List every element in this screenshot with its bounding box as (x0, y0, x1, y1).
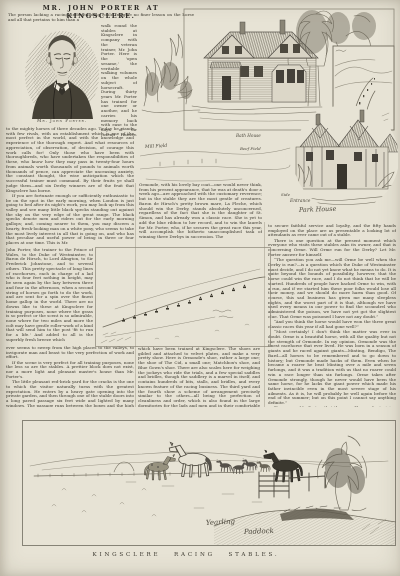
center-column-a: Ormonde, with his lovely bay coat—one wo… (139, 183, 262, 246)
vignette-caption-side: Side (281, 192, 291, 197)
paddock-illustration: Yearling Paddock (22, 420, 396, 546)
left-column-a: to the mighty horses of three decades ag… (6, 127, 134, 246)
paddock-illustration-svg: Yearling Paddock (22, 420, 396, 546)
script-squiggle-labels (213, 310, 233, 318)
portrait-engraving (24, 29, 100, 119)
center-paragraph-2: which have been trained at Kingsclere. T… (138, 347, 260, 407)
left-paragraph-3: If the scene is very perfect for all tra… (6, 361, 134, 380)
paddock-label-paddock: Paddock (243, 527, 274, 536)
circle-vignette (293, 105, 398, 211)
left-paragraph-4: The little pleasant red-brick yard for t… (6, 380, 134, 407)
grey-horse (169, 442, 211, 477)
foreground-hatching (101, 324, 249, 343)
right-paragraph-1: to secure faithful service and loyalty, … (268, 224, 396, 238)
left-column-c: ever seems to sweep from the high places… (6, 346, 134, 407)
gallops-sketch (95, 247, 271, 347)
string-of-racehorses (122, 285, 246, 322)
narrow-column: walk round the stables at Kingsclere in … (101, 24, 137, 136)
right-paragraph-6: “I suppose, Mr. Porter, that the surveil… (268, 406, 396, 407)
left-column-b: John Porter, the trainer to the Prince o… (6, 248, 93, 345)
vignette-caption-entrance: Entrance (289, 199, 311, 204)
left-paragraph-1: to the mighty horses of three decades ag… (6, 127, 134, 193)
field-label-mill-field: Mill Field (144, 143, 168, 150)
vignette-caption-park-house: Park House (298, 205, 337, 214)
field-label-beef-field: Beef Field (239, 146, 261, 151)
gallops-frame (96, 248, 271, 347)
left-paragraph-2-continued: John Porter, the trainer to the Prince o… (6, 248, 93, 343)
gallops-sketch-svg (95, 247, 271, 347)
left-paragraph-2-end: ever seems to sweep from the high places… (6, 346, 134, 360)
narrow-paragraph: walk round the stables at Kingsclere in … (101, 24, 137, 136)
paddock-mound (214, 506, 396, 545)
right-column: to secure faithful service and loyalty, … (268, 224, 396, 407)
portrait-svg (24, 29, 100, 119)
right-paragraph-2: There is one question at the present mom… (268, 239, 396, 258)
right-paragraph-3: “The question you ask me—will Orme be we… (268, 258, 396, 320)
right-paragraph-5: “Most certainly! I don't think the matte… (268, 330, 396, 406)
left-paragraph-2: If you are fortunate enough or sufficien… (6, 194, 134, 246)
downs-field-sketch: Mill Field Bath House Beef Field (140, 133, 290, 181)
dappled-horse (144, 454, 175, 480)
vignette-door (337, 164, 347, 189)
center-column-b: which have been trained at Kingsclere. T… (138, 347, 260, 407)
hill-ridge (103, 277, 265, 327)
bottom-caption: KINGSCLERE RACING STABLES. (0, 552, 386, 558)
paddock-label-yearling: Yearling (206, 517, 236, 527)
newspaper-page: MR. JOHN PORTER AT KINGSCLERE. The perso… (0, 0, 400, 576)
field-label-bath-house: Bath House (235, 133, 261, 138)
center-paragraph-1: Ormonde, with his lovely bay coat—one wo… (139, 183, 262, 240)
portrait-caption: Mr. John Porter. (20, 119, 104, 124)
